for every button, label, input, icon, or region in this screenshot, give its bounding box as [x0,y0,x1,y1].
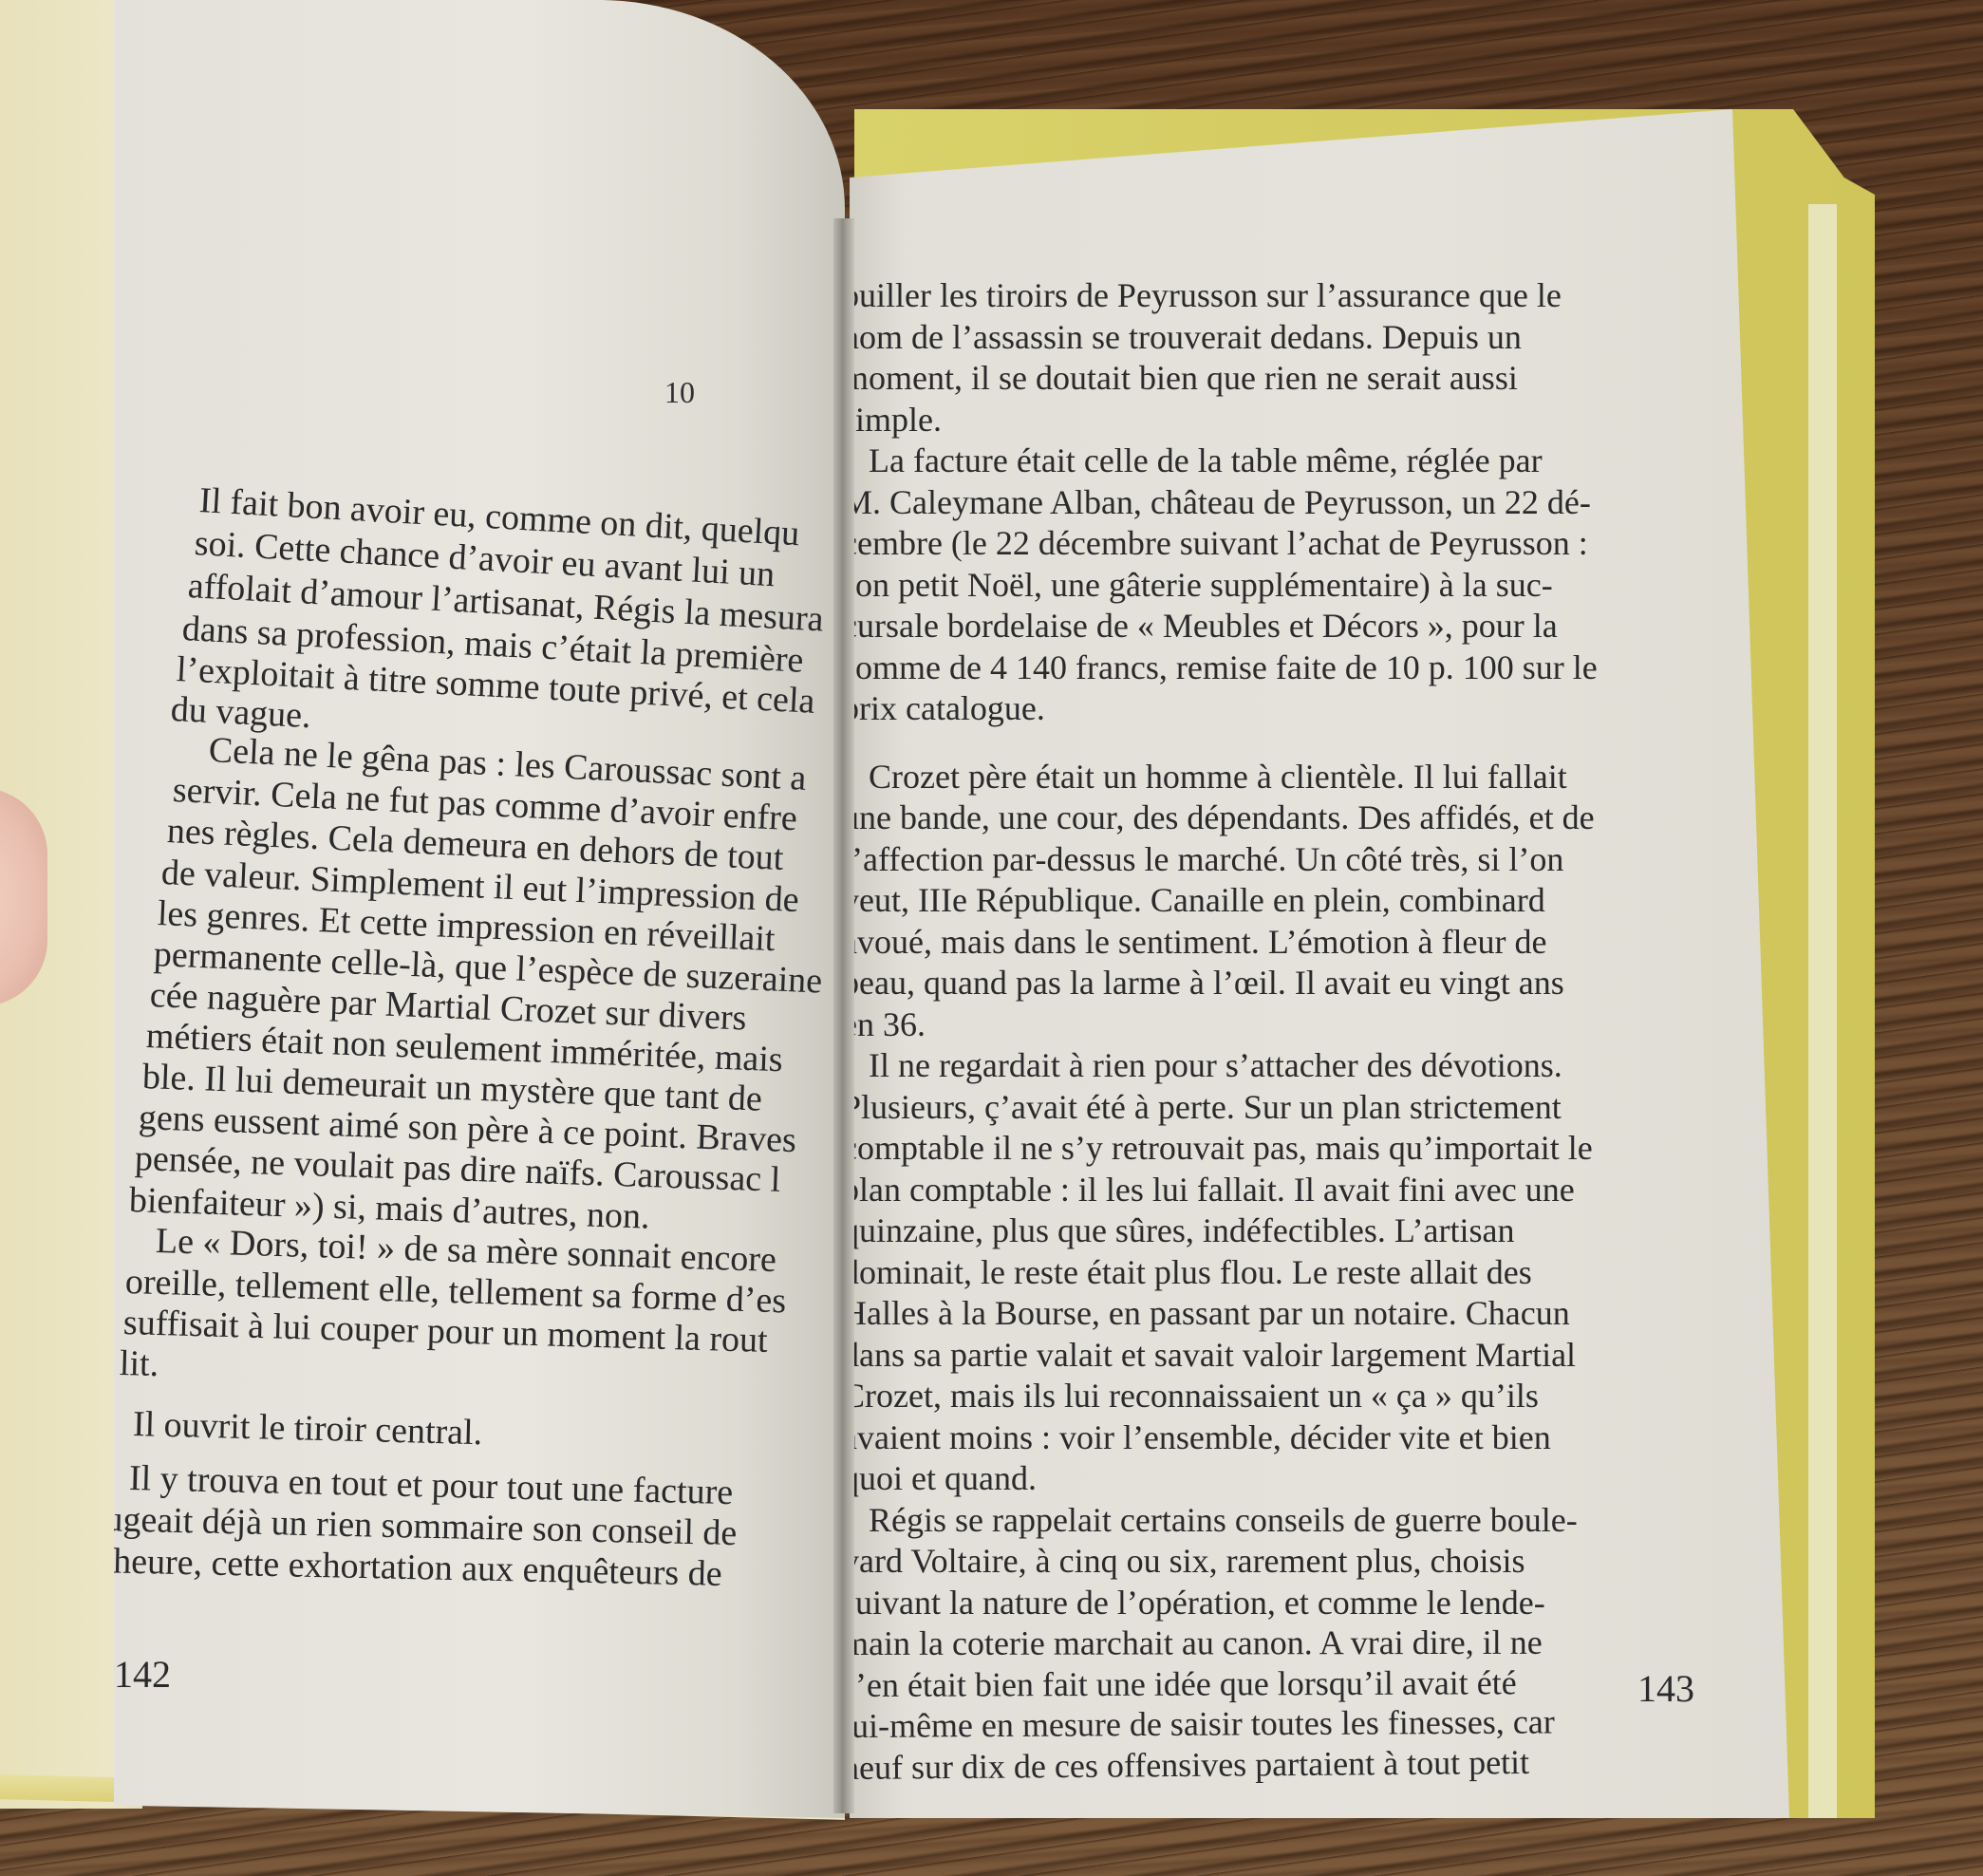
text-line: vard Voltaire, à cinq ou six, rarement p… [842,1541,1525,1581]
text-line: somme de 4 140 francs, remise faite de 1… [842,647,1598,687]
text-line: Crozet père était un homme à clientèle. … [869,757,1567,797]
text-line: lit. [119,1342,159,1385]
left-page-number: 142 [114,1652,171,1697]
text-line: quinzaine, plus que sûres, indéfectibles… [842,1210,1514,1250]
text-line: s’en était bien fait une idée que lorsqu… [842,1662,1517,1705]
left-page: 10 Il fait bon avoir eu, comme on dit, q… [114,0,845,1818]
right-page-number: 143 [1637,1666,1694,1711]
text-line: neuf sur dix de ces offensives partaient… [842,1741,1529,1787]
text-line: comptable il ne s’y retrouvait pas, mais… [842,1128,1593,1168]
text-line: du vague. [170,688,312,737]
text-line: M. Caleymane Alban, château de Peyrusson… [842,482,1591,522]
text-line: main la coterie marchait au canon. A vra… [842,1623,1543,1663]
text-line: cursale bordelaise de « Meubles et Décor… [842,606,1558,646]
text-line: Régis se rappelait certains conseils de … [869,1500,1578,1540]
text-line: Il ouvrit le tiroir central. [132,1403,482,1454]
text-line: en 36. [842,1004,926,1044]
text-line: suivant la nature de l’opération, et com… [842,1583,1545,1623]
text-line: l’affection par-dessus le marché. Un côt… [842,839,1563,879]
book-gutter [833,218,854,1813]
text-line: une bande, une cour, des dépendants. Des… [842,797,1595,837]
text-line: lui-même en mesure de saisir toutes les … [842,1701,1555,1746]
text-line: nom de l’assassin se trouverait dedans. … [842,317,1522,357]
text-line: Halles à la Bourse, en passant par un no… [842,1293,1570,1333]
right-page: ouiller les tiroirs de Peyrusson sur l’a… [850,109,1799,1818]
text-line: dominait, le reste était plus flou. Le r… [842,1252,1532,1292]
text-line: ouiller les tiroirs de Peyrusson sur l’a… [842,275,1562,315]
text-line: plan comptable : il les lui fallait. Il … [842,1170,1575,1210]
text-line: son petit Noël, une gâterie supplémentai… [842,565,1553,605]
text-line: simple. [842,400,942,440]
text-line: quoi et quand. [842,1458,1037,1498]
text-line: avoué, mais dans le sentiment. L’émotion… [842,922,1546,962]
text-line: Plusieurs, ç’avait été à perte. Sur un p… [842,1087,1562,1127]
text-line: prix catalogue. [842,688,1045,728]
text-line: dans sa partie valait et savait valoir l… [842,1335,1576,1375]
text-line: veut, IIIe République. Canaille en plein… [842,880,1545,920]
text-line: avaient moins : voir l’ensemble, décider… [842,1417,1551,1457]
text-line: La facture était celle de la table même,… [869,441,1543,480]
text-line: Crozet, mais ils lui reconnaissaient un … [842,1376,1539,1416]
text-line: Il ne regardait à rien pour s’attacher d… [869,1045,1562,1085]
text-line: moment, il se doutait bien que rien ne s… [842,358,1518,398]
text-line: cembre (le 22 décembre suivant l’achat d… [842,523,1588,563]
chapter-number: 10 [664,375,695,410]
right-page-container: ouiller les tiroirs de Peyrusson sur l’a… [850,109,1856,1818]
text-line: peau, quand pas la larme à l’œil. Il ava… [842,963,1564,1003]
